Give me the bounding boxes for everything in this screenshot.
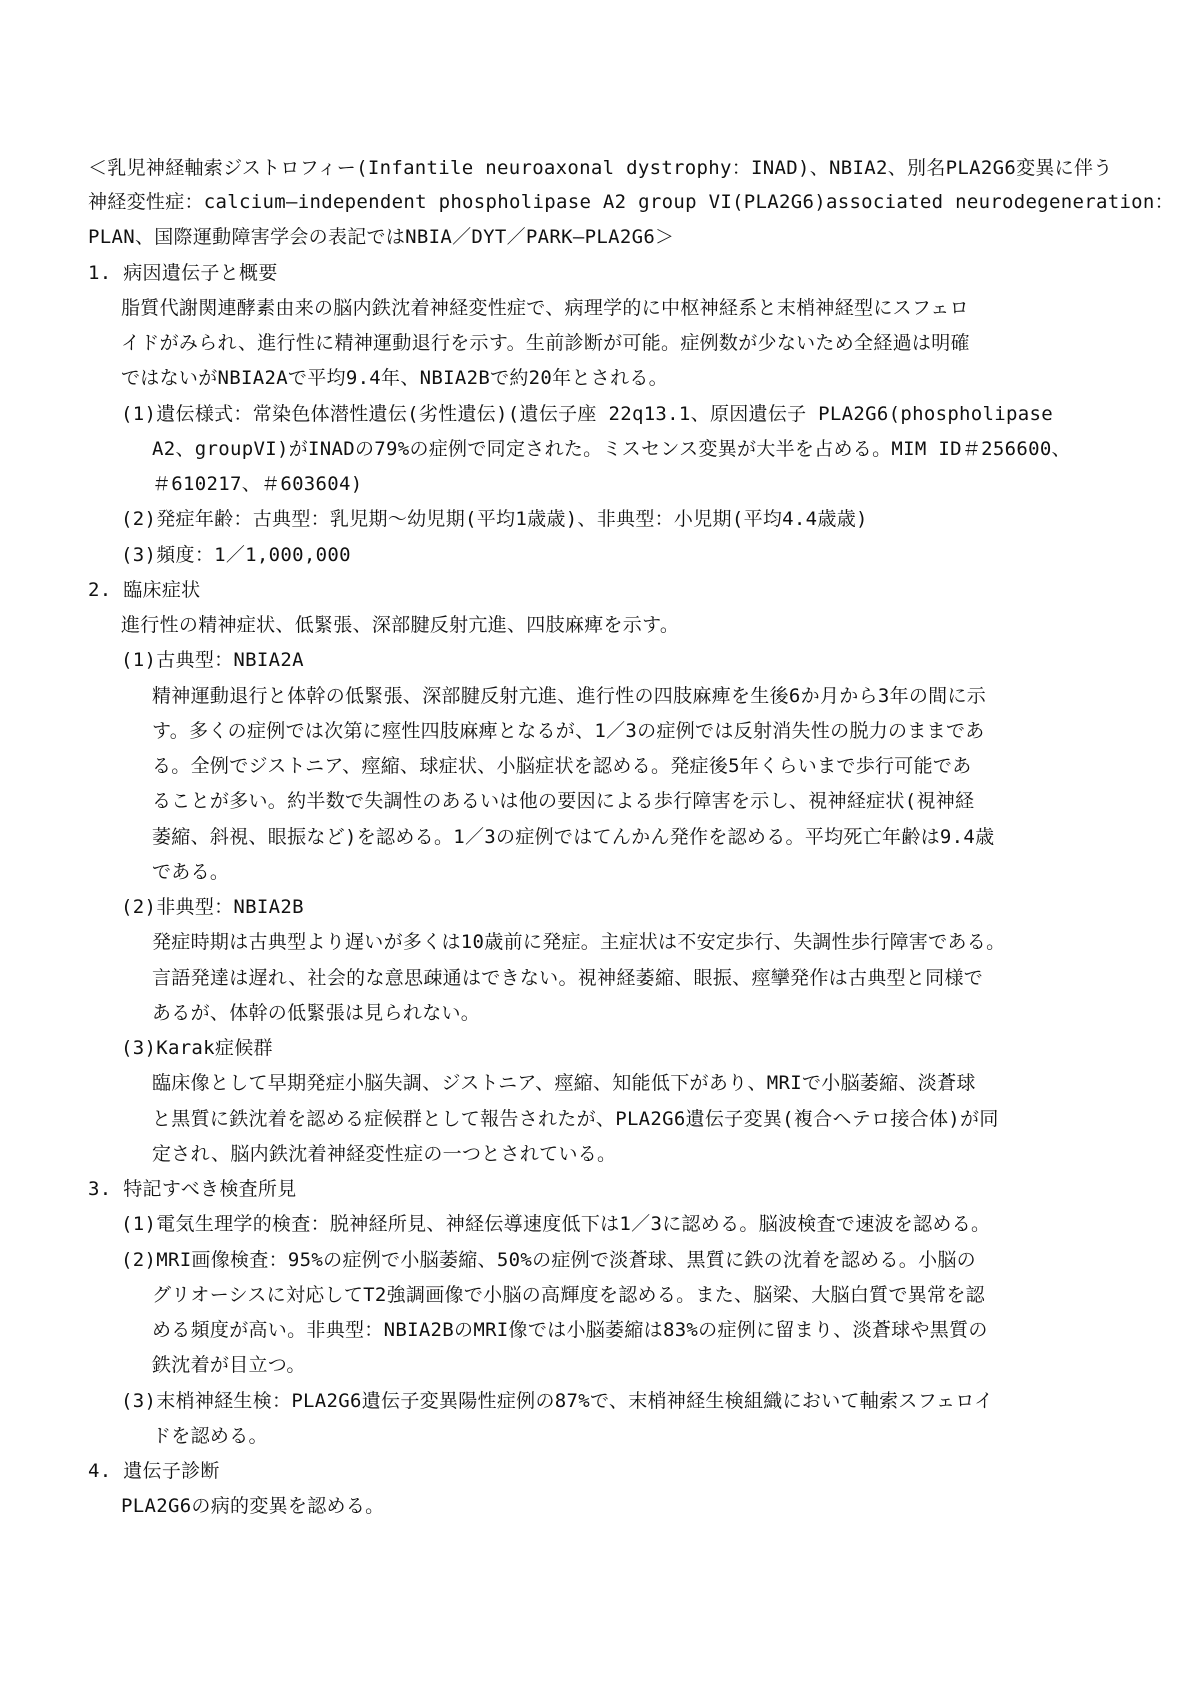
- paragraph-line: ではないがNBIA2Aで平均9.4年、NBIA2Bで約20年とされる。: [121, 367, 668, 389]
- list-item: (1)電気生理学的検査：脱神経所見、神経伝導速度低下は1／3に認める。脳波検査で…: [121, 1213, 990, 1235]
- section-heading: 3. 特記すべき検査所見: [88, 1178, 297, 1200]
- paragraph-line: 定され、脳内鉄沈着神経変性症の一つとされている。: [152, 1143, 616, 1165]
- paragraph-line: PLA2G6の病的変異を認める。: [121, 1495, 384, 1517]
- list-item-continuation: グリオーシスに対応してT2強調画像で小脳の高輝度を認める。また、脳梁、大脳白質で…: [152, 1284, 985, 1306]
- paragraph-line: 進行性の精神症状、低緊張、深部腱反射亢進、四肢麻痺を示す。: [121, 614, 679, 636]
- list-item-continuation: める頻度が高い。非典型：NBIA2BのMRI像では小脳萎縮は83%の症例に留まり…: [152, 1319, 988, 1341]
- list-item: (2)発症年齢：古典型：乳児期～幼児期(平均1歳歳)、非典型：小児期(平均4.4…: [121, 508, 868, 530]
- paragraph-line: す。多くの症例では次第に痙性四肢麻痺となるが、1／3の症例では反射消失性の脱力の…: [152, 720, 985, 742]
- title-line: PLAN、国際運動障害学会の表記ではNBIA／DYT／PARK—PLA2G6＞: [88, 226, 674, 248]
- paragraph-line: 脂質代謝関連酵素由来の脳内鉄沈着神経変性症で、病理学的に中枢神経系と末梢神経型に…: [121, 297, 969, 319]
- paragraph-line: ることが多い。約半数で失調性のあるいは他の要因による歩行障害を示し、視神経症状(…: [152, 790, 974, 812]
- document-page: ＜乳児神経軸索ジストロフィー(Infantile neuroaxonal dys…: [0, 0, 1181, 1695]
- paragraph-line: と黒質に鉄沈着を認める症候群として報告されたが、PLA2G6遺伝子変異(複合ヘテ…: [152, 1108, 999, 1130]
- paragraph-line: 萎縮、斜視、眼振など)を認める。1／3の症例ではてんかん発作を認める。平均死亡年…: [152, 826, 994, 848]
- list-item-continuation: ＃610217、＃603604): [152, 473, 363, 495]
- list-item: (3)末梢神経生検：PLA2G6遺伝子変異陽性症例の87%で、末梢神経生検組織に…: [121, 1390, 993, 1412]
- section-heading: 4. 遺伝子診断: [88, 1460, 220, 1482]
- subsection-heading: (1)古典型：NBIA2A: [121, 649, 304, 671]
- paragraph-line: る。全例でジストニア、痙縮、球症状、小脳症状を認める。発症後5年くらいまで歩行可…: [152, 755, 972, 777]
- paragraph-line: 臨床像として早期発症小脳失調、ジストニア、痙縮、知能低下があり、MRIで小脳萎縮…: [152, 1072, 976, 1094]
- list-item-continuation: A2、groupVI)がINADの79%の症例で同定された。ミスセンス変異が大半…: [152, 438, 1071, 460]
- title-line: 神経変性症：calcium—independent phospholipase …: [88, 191, 1174, 213]
- subsection-heading: (2)非典型：NBIA2B: [121, 896, 304, 918]
- paragraph-line: である。: [152, 861, 229, 883]
- subsection-heading: (3)Karak症候群: [121, 1037, 273, 1059]
- paragraph-line: 言語発達は遅れ、社会的な意思疎通はできない。視神経萎縮、眼振、痙攣発作は古典型と…: [152, 967, 983, 989]
- list-item: (3)頻度：1／1,000,000: [121, 544, 351, 566]
- list-item: (2)MRI画像検査：95%の症例で小脳萎縮、50%の症例で淡蒼球、黒質に鉄の沈…: [121, 1249, 976, 1271]
- paragraph-line: あるが、体幹の低緊張は見られない。: [152, 1002, 480, 1024]
- section-heading: 1. 病因遺伝子と概要: [88, 262, 278, 284]
- section-heading: 2. 臨床症状: [88, 579, 200, 601]
- list-item-continuation: ドを認める。: [152, 1425, 268, 1447]
- paragraph-line: イドがみられ、進行性に精神運動退行を示す。生前診断が可能。症例数が少ないため全経…: [121, 332, 970, 354]
- list-item-continuation: 鉄沈着が目立つ。: [152, 1354, 306, 1376]
- paragraph-line: 精神運動退行と体幹の低緊張、深部腱反射亢進、進行性の四肢麻痺を生後6か月から3年…: [152, 685, 986, 707]
- list-item: (1)遺伝様式：常染色体潜性遺伝(劣性遺伝)(遺伝子座 22q13.1、原因遺伝…: [121, 403, 1053, 425]
- title-line: ＜乳児神経軸索ジストロフィー(Infantile neuroaxonal dys…: [88, 157, 1113, 179]
- paragraph-line: 発症時期は古典型より遅いが多くは10歳前に発症。主症状は不安定歩行、失調性歩行障…: [152, 931, 1005, 953]
